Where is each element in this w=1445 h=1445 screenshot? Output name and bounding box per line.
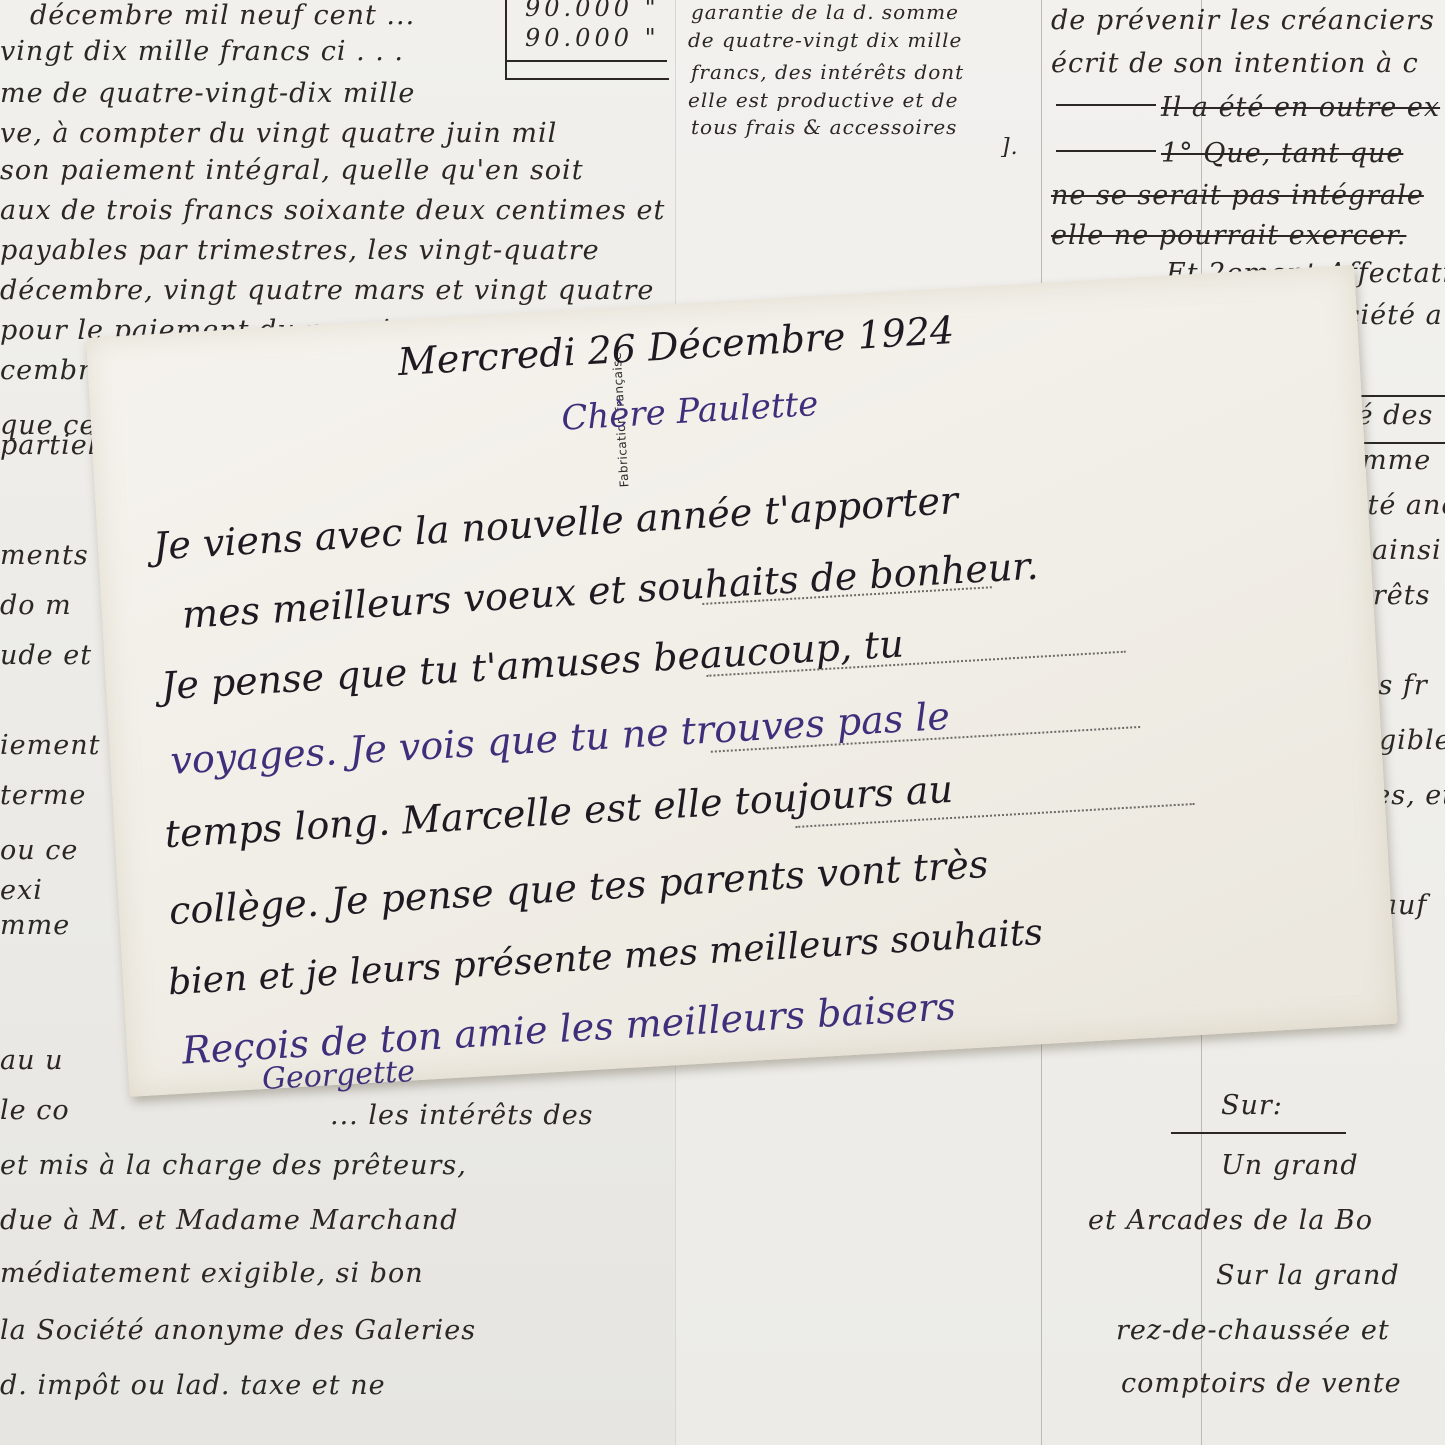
postcard-date: Mercredi 26 Décembre 1924 (397, 308, 956, 384)
document-line: mme (0, 910, 70, 941)
amount-box: 90.000 " 90.000 " (505, 0, 669, 80)
document-line: la Société anonyme des Galeries (0, 1315, 476, 1346)
struck-document-line: ne se serait pas intégrale (1051, 180, 1424, 211)
document-line: Sur la grand (1216, 1260, 1400, 1291)
divider-line (507, 60, 667, 62)
divider-line (1171, 1132, 1346, 1134)
document-line: ments (0, 540, 89, 571)
document-line: son paiement intégral, quelle qu'en soit (0, 155, 584, 186)
document-line: ude et (0, 640, 92, 671)
document-line: payables par trimestres, les vingt-quatr… (0, 235, 600, 266)
document-line: ... les intérêts des (330, 1100, 594, 1131)
document-line: vingt dix mille francs ci . . . (0, 36, 404, 67)
document-line: aux de trois francs soixante deux centim… (0, 195, 665, 226)
postcard-salutation: Chère Paulette (560, 384, 819, 439)
document-line: due à M. et Madame Marchand (0, 1205, 458, 1236)
postcard-line: collège. Je pense que tes parents vont t… (168, 842, 990, 933)
amount-value: 90.000 " (525, 24, 660, 52)
postcard: Fabrication française Mercredi 26 Décemb… (86, 265, 1398, 1097)
postcard-line: temps long. Marcelle est elle toujours a… (163, 767, 954, 856)
document-line: elle est productive et de (688, 88, 958, 112)
document-line: et mis à la charge des prêteurs, (0, 1150, 467, 1181)
document-line: garantie de la d. somme (691, 0, 959, 24)
struck-document-line: elle ne pourrait exercer. (1051, 220, 1406, 251)
document-line: ]. (1001, 135, 1019, 160)
arrow-line (1056, 150, 1156, 152)
document-line: francs, des intérêts dont (691, 60, 964, 84)
arrow-line (1056, 104, 1156, 106)
document-line: ve, à compter du vingt quatre juin mil (0, 118, 557, 149)
document-line: le co (0, 1095, 70, 1126)
document-line: ou ce (0, 835, 78, 866)
document-line: exi (0, 875, 43, 906)
document-line: décembre, vingt quatre mars et vingt qua… (0, 275, 654, 306)
postcard-line: voyages. Je vois que tu ne trouves pas l… (169, 694, 951, 783)
document-line: décembre mil neuf cent ... (30, 0, 415, 31)
amount-value: 90.000 " (525, 0, 660, 22)
postcard-line: Je pense que tu t'amuses beaucoup, tu (160, 621, 905, 708)
document-line: d. impôt ou lad. taxe et ne (0, 1370, 386, 1401)
document-line: et Arcades de la Bo (1088, 1205, 1373, 1236)
document-line: Sur: (1221, 1090, 1283, 1121)
document-line: écrit de son intention à c (1051, 48, 1419, 79)
document-line: terme (0, 780, 86, 811)
document-line: me de quatre-vingt-dix mille (0, 78, 415, 109)
document-line: de quatre-vingt dix mille (688, 28, 962, 52)
document-line: Un grand (1221, 1150, 1359, 1181)
document-line: au u (0, 1045, 63, 1076)
document-line: médiatement exigible, si bon (0, 1258, 424, 1289)
document-line: rez-de-chaussée et (1116, 1315, 1390, 1346)
struck-document-line: 1° Que, tant que (1161, 138, 1403, 169)
document-line: iement (0, 730, 100, 761)
document-line: tous frais & accessoires (691, 115, 957, 139)
document-line: do m (0, 590, 72, 621)
document-line: comptoirs de vente (1121, 1368, 1402, 1399)
document-line: de prévenir les créanciers (1051, 5, 1435, 36)
struck-document-line: Il a été en outre ex (1161, 92, 1440, 123)
